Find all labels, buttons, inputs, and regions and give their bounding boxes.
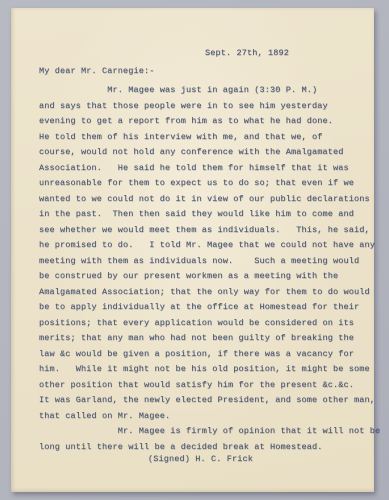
letter-salutation: My dear Mr. Carnegie:- <box>39 64 155 80</box>
letter-body-paragraph-1: Mr. Magee was just in again (3:30 P. M.)… <box>39 83 375 424</box>
letter-paper: Sept. 27th, 1892 My dear Mr. Carnegie:- … <box>11 8 374 492</box>
letter-date: Sept. 27th, 1892 <box>205 46 289 62</box>
letter-body-paragraph-2: Mr. Magee is firmly of opinion that it w… <box>39 424 380 455</box>
letter-signature: (Signed) H. C. Frick <box>148 452 253 468</box>
